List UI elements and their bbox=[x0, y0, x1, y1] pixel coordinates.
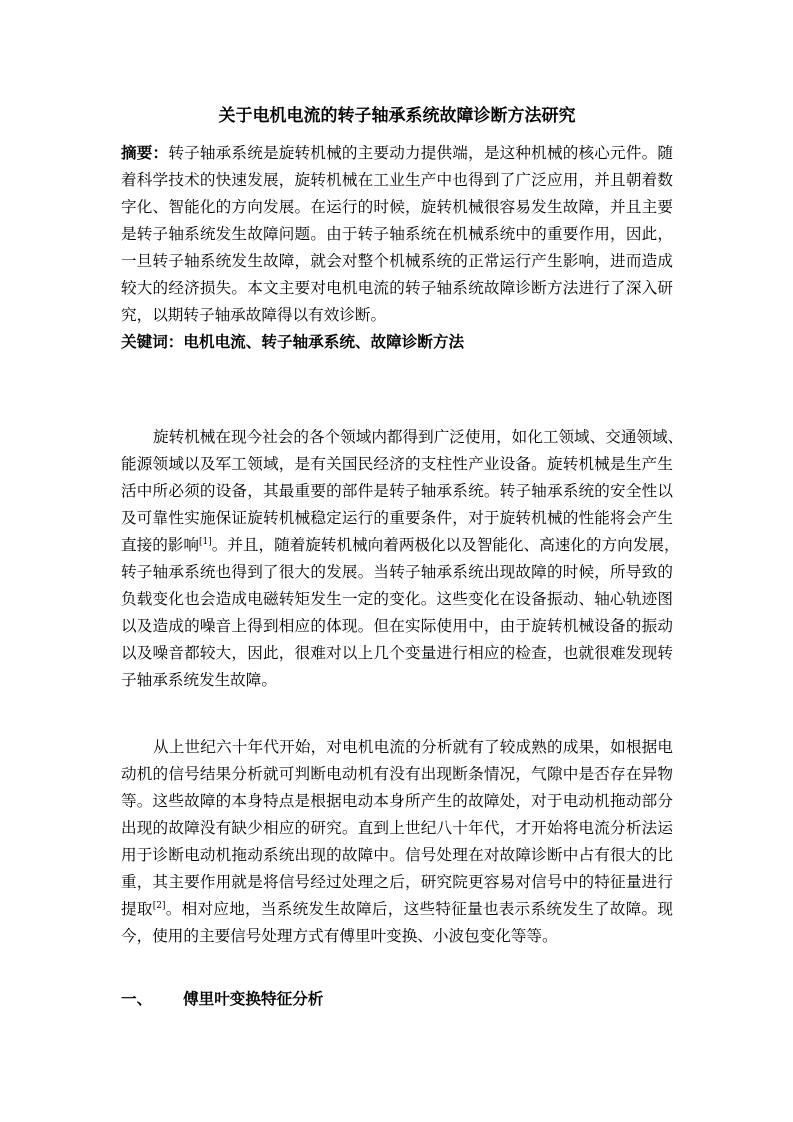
citation-1: [1] bbox=[199, 537, 212, 547]
body-line: 今，使用的主要信号处理方式有傅里叶变换、小波包变化等等。 bbox=[121, 923, 673, 950]
body-line: 重，其主要作用就是将信号经过处理之后，研究院更容易对信号中的特征量进行 bbox=[121, 869, 673, 896]
body-line: 出现的故障没有缺少相应的研究。直到上世纪八十年代，才开始将电流分析法运 bbox=[121, 815, 673, 842]
body-line: 从上世纪六十年代开始，对电机电流的分析就有了较成熟的成果，如根据电 bbox=[121, 734, 673, 761]
citation-2: [2] bbox=[153, 901, 166, 911]
body-line: 动机的信号结果分析就可判断电动机有没有出现断条情况，气隙中是否存在异物 bbox=[121, 761, 673, 788]
body-line: 用于诊断电动机拖动系统出现的故障中。信号处理在对故障诊断中占有很大的比 bbox=[121, 842, 673, 869]
body-line: 提取[2]。相对应地，当系统发生故障后，这些特征量也表示系统发生了故障。现 bbox=[121, 896, 673, 923]
keywords-label: 关键词： bbox=[121, 333, 183, 351]
keywords-text: 电机电流、转子轴承系统、故障诊断方法 bbox=[183, 333, 464, 351]
body-line: 及可靠性实施保证旋转机械稳定运行的重要条件，对于旋转机械的性能将会产生 bbox=[121, 505, 673, 532]
abstract-line: 较大的经济损失。本文主要对电机电流的转子轴系统故障诊断方法进行了深入研 bbox=[121, 275, 673, 302]
body-line: 活中所必须的设备，其最重要的部件是转子轴承系统。转子轴承系统的安全性以 bbox=[121, 478, 673, 505]
body-line: 子轴承系统发生故障。 bbox=[121, 667, 673, 694]
body-line: 负载变化也会造成电磁转矩发生一定的变化。这些变化在设备振动、轴心轨迹图 bbox=[121, 586, 673, 613]
abstract-line: 摘要：转子轴承系统是旋转机械的主要动力提供端，是这种机械的核心元件。随 bbox=[121, 140, 673, 167]
abstract-line: 着科学技术的快速发展，旋转机械在工业生产中也得到了广泛应用，并且朝着数 bbox=[121, 167, 673, 194]
section-title: 傅里叶变换特征分析 bbox=[183, 990, 323, 1008]
body-line: 能源领域以及军工领域，是有关国民经济的支柱性产业设备。旋转机械是生产生 bbox=[121, 451, 673, 478]
body-line: 直接的影响[1]。并且，随着旋转机械向着两极化以及智能化、高速化的方向发展， bbox=[121, 532, 673, 559]
section-number: 一、 bbox=[121, 986, 183, 1013]
body-line: 等。这些故障的本身特点是根据电动本身所产生的故障处，对于电动机拖动部分 bbox=[121, 788, 673, 815]
abstract-line: 字化、智能化的方向发展。在运行的时候，旋转机械很容易发生故障，并且主要 bbox=[121, 194, 673, 221]
body-line: 旋转机械在现今社会的各个领域内都得到广泛使用，如化工领域、交通领域、 bbox=[121, 424, 673, 451]
abstract-label: 摘要： bbox=[121, 144, 168, 162]
abstract-line: 一旦转子轴系统发生故障，就会对整个机械系统的正常运行产生影响，进而造成 bbox=[121, 248, 673, 275]
body-line: 转子轴承系统也得到了很大的发展。当转子轴承系统出现故障的时候，所导致的 bbox=[121, 559, 673, 586]
keywords: 关键词：电机电流、转子轴承系统、故障诊断方法 bbox=[121, 329, 673, 356]
abstract-line: 是转子轴系统发生故障问题。由于转子轴系统在机械系统中的重要作用，因此， bbox=[121, 221, 673, 248]
paper-title: 关于电机电流的转子轴承系统故障诊断方法研究 bbox=[121, 104, 673, 128]
section-heading: 一、傅里叶变换特征分析 bbox=[121, 986, 323, 1013]
body-line: 以及噪音都较大，因此，很难对以上几个变量进行相应的检查，也就很难发现转 bbox=[121, 640, 673, 667]
abstract-line: 究，以期转子轴承故障得以有效诊断。 bbox=[121, 302, 673, 329]
body-line: 以及造成的噪音上得到相应的体现。但在实际使用中，由于旋转机械设备的振动 bbox=[121, 613, 673, 640]
